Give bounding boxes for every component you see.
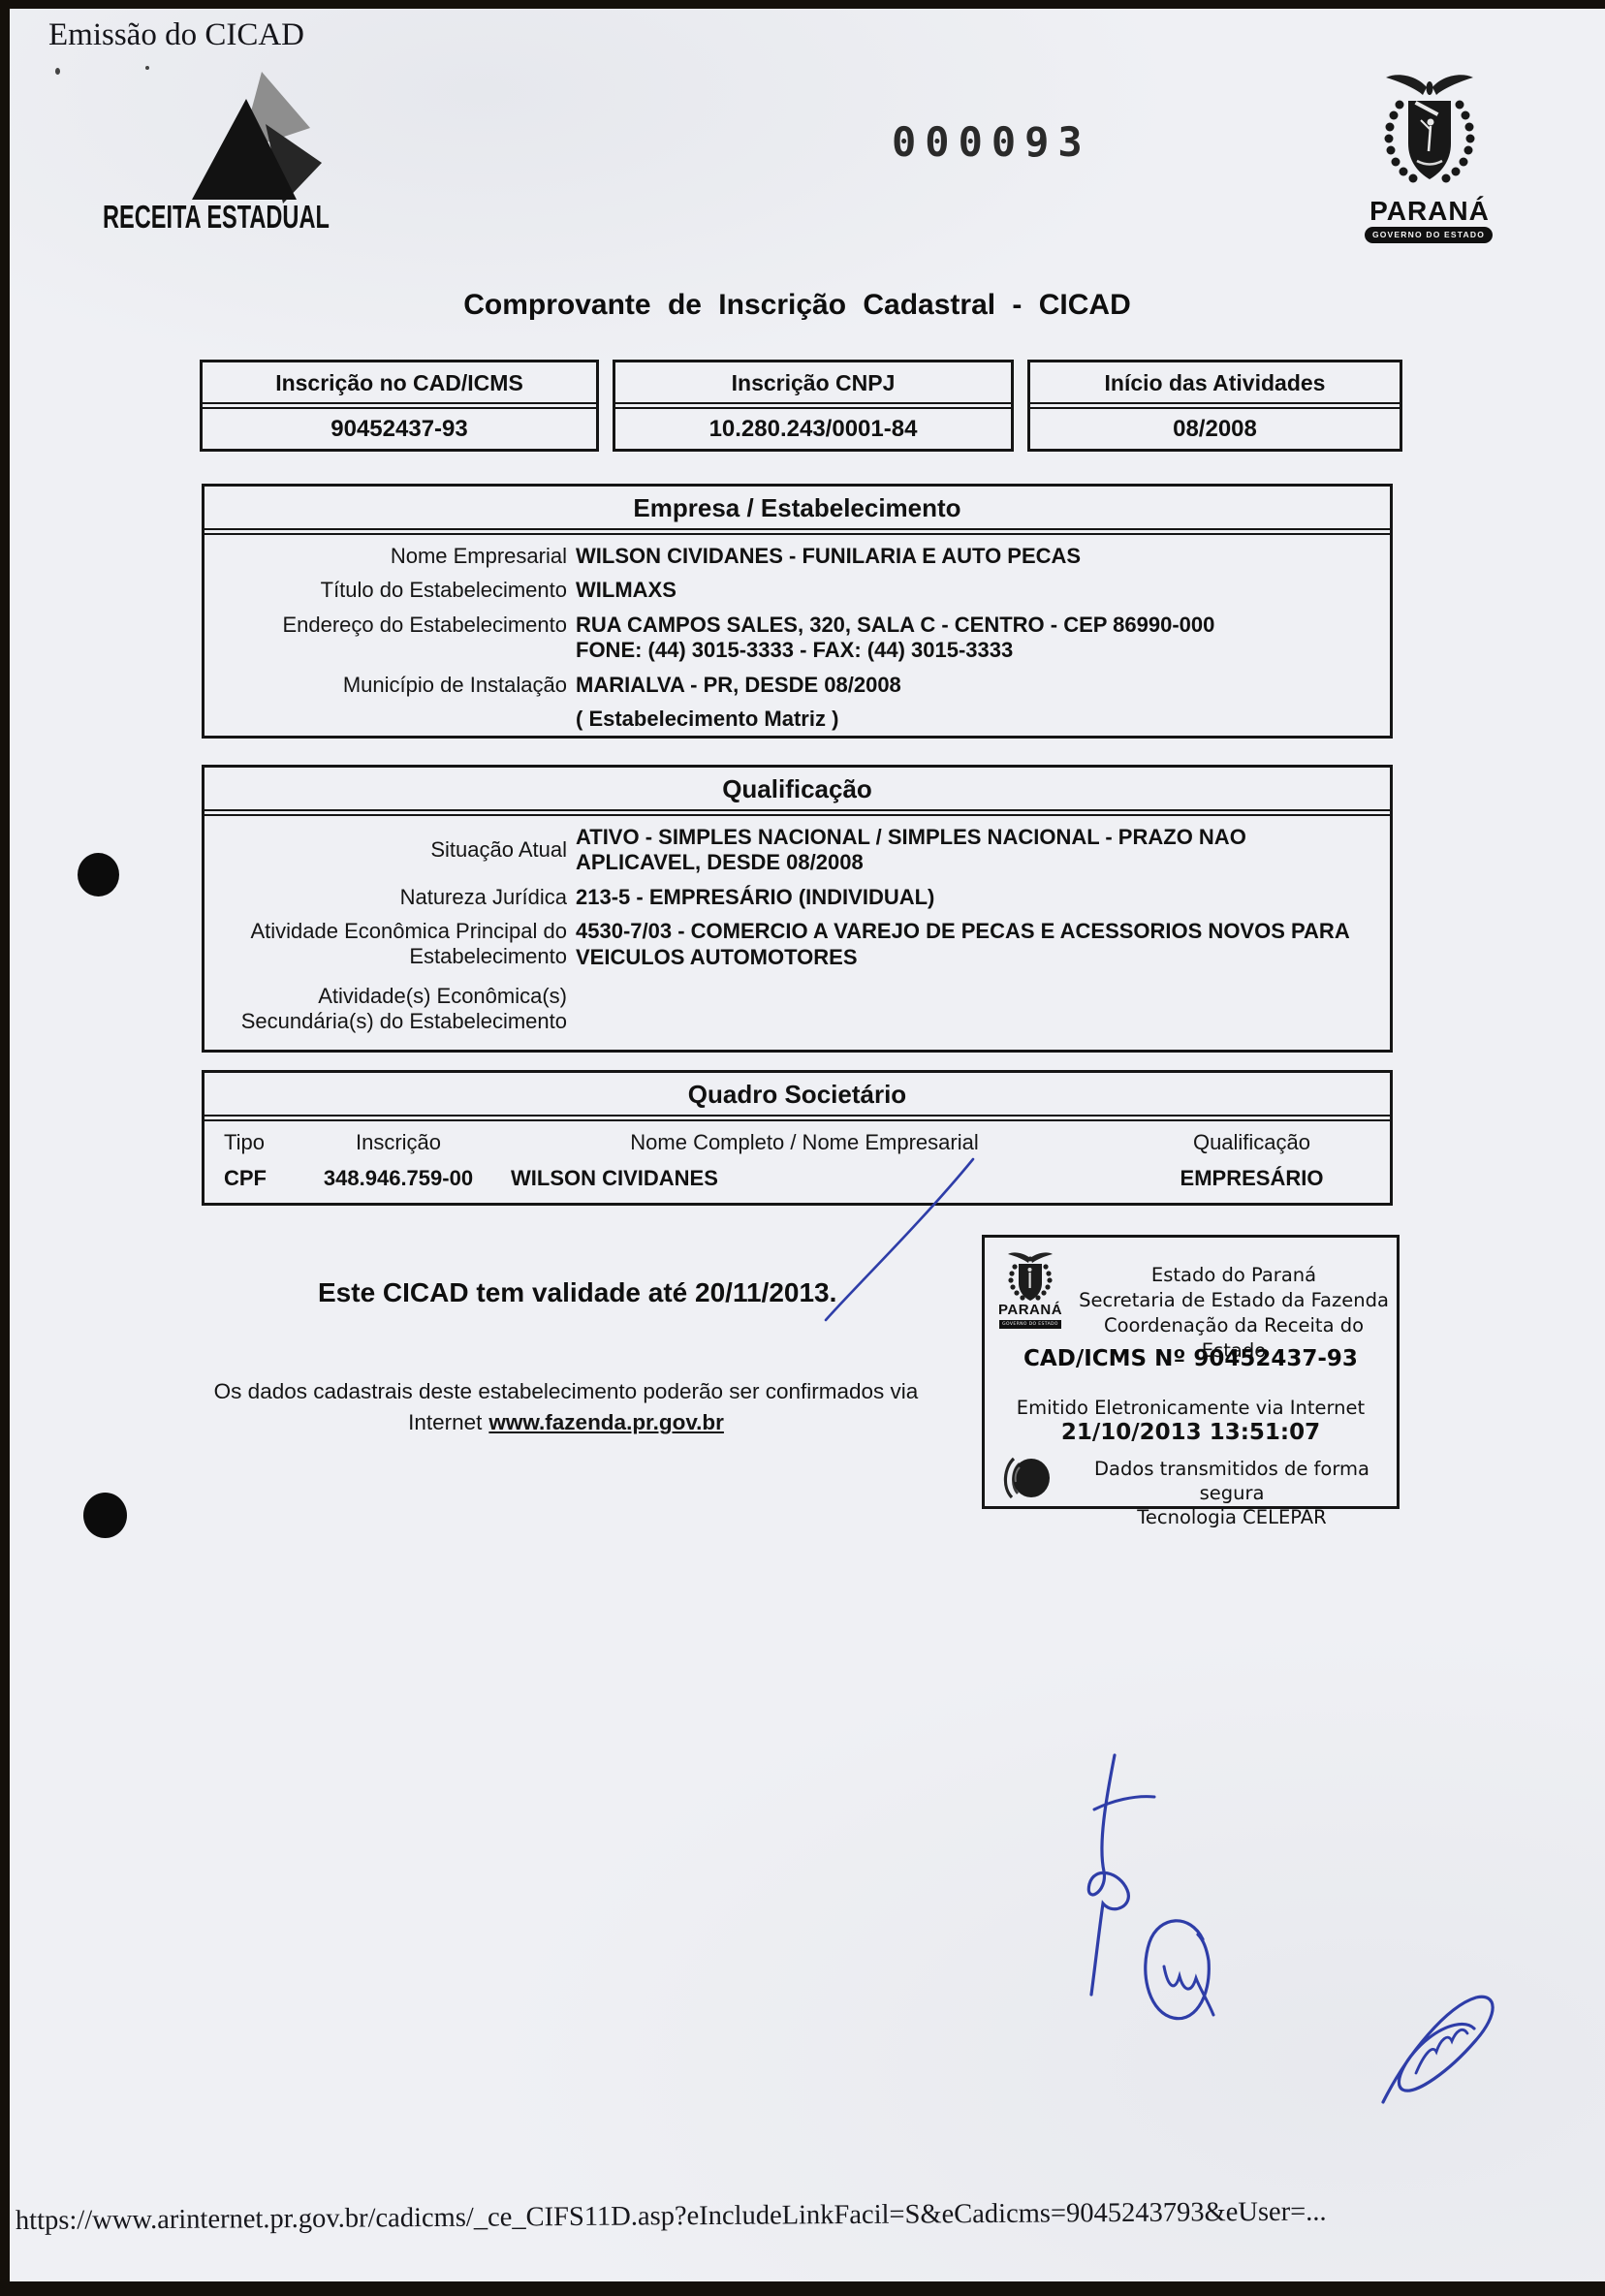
pen-signature-oval	[1146, 1921, 1210, 2019]
scan-speck	[55, 68, 60, 75]
section-title: Qualificação	[205, 768, 1390, 816]
receita-estadual-logo-icon	[186, 68, 341, 208]
pen-signature-scribble	[1383, 1997, 1493, 2102]
field-value: WILSON CIVIDANES - FUNILARIA E AUTO PECA…	[567, 544, 1390, 569]
validity-statement: Este CICAD tem validade até 20/11/2013.	[318, 1277, 836, 1308]
document-stamp-number: 000093	[892, 118, 1091, 166]
column-header-nome: Nome Completo / Nome Empresarial	[495, 1130, 1114, 1155]
secure-transmission-note: Dados transmitidos de forma segura Tecno…	[1074, 1458, 1390, 1529]
parana-small-logo-name: PARANÁ	[985, 1302, 1076, 1318]
cell-tipo: CPF	[205, 1166, 301, 1191]
scanned-document-page: Emissão do CICAD RECEITA ESTADUAL 000093	[0, 0, 1605, 2296]
parana-small-logo-subtitle: GOVERNO DO ESTADO	[999, 1320, 1061, 1329]
field-label: Nome Empresarial	[205, 544, 567, 569]
field-value	[567, 984, 1390, 1034]
field-label: Natureza Jurídica	[205, 885, 567, 910]
field-row: Nome Empresarial WILSON CIVIDANES - FUNI…	[205, 544, 1390, 569]
confirmation-note: Os dados cadastrais deste estabeleciment…	[202, 1376, 930, 1438]
field-value: MARIALVA - PR, DESDE 08/2008	[567, 673, 1390, 698]
scan-speck	[145, 66, 149, 70]
address-line-2: FONE: (44) 3015-3333 - FAX: (44) 3015-33…	[576, 638, 1370, 663]
summary-value: 90452437-93	[203, 409, 596, 449]
parana-coat-of-arms-icon	[1369, 72, 1491, 201]
pen-signature-scribble-inner	[1416, 2029, 1467, 2073]
column-header-qualificacao: Qualificação	[1114, 1130, 1390, 1155]
field-label: Atividade(s) Econômica(s) Secundária(s) …	[205, 984, 567, 1034]
summary-box-cadicms: Inscrição no CAD/ICMS 90452437-93	[200, 360, 599, 452]
field-value: 4530-7/03 - COMERCIO A VAREJO DE PECAS E…	[567, 919, 1390, 970]
field-row: Atividade(s) Econômica(s) Secundária(s) …	[205, 984, 1390, 1034]
field-row: Município de Instalação MARIALVA - PR, D…	[205, 673, 1390, 698]
field-label: Município de Instalação	[205, 673, 567, 698]
field-row: ( Estabelecimento Matriz )	[205, 707, 1390, 732]
emission-stamp-box: PARANÁ GOVERNO DO ESTADO Estado do Paran…	[982, 1235, 1400, 1509]
field-value: RUA CAMPOS SALES, 320, SALA C - CENTRO -…	[567, 613, 1390, 664]
section-quadro-societario: Quadro Societário Tipo Inscrição Nome Co…	[202, 1070, 1393, 1206]
punch-hole	[78, 853, 119, 896]
section-title: Empresa / Estabelecimento	[205, 487, 1390, 535]
field-label: Título do Estabelecimento	[205, 578, 567, 603]
field-row: Endereço do Estabelecimento RUA CAMPOS S…	[205, 613, 1390, 664]
summary-label: Inscrição no CAD/ICMS	[203, 362, 596, 409]
punch-hole	[83, 1493, 127, 1538]
fazenda-url-text: www.fazenda.pr.gov.br	[488, 1410, 724, 1434]
padlock-secure-icon	[1000, 1451, 1053, 1509]
table-row: CPF 348.946.759-00 WILSON CIVIDANES EMPR…	[205, 1166, 1390, 1191]
pen-signature-stroke	[1088, 1755, 1128, 1995]
field-value: WILMAXS	[567, 578, 1390, 603]
scan-edge-top	[0, 0, 1605, 9]
pen-signature-w	[1164, 1966, 1213, 2015]
field-label: Atividade Econômica Principal do Estabel…	[205, 919, 567, 970]
receita-estadual-logo-label: RECEITA ESTADUAL	[103, 199, 330, 236]
summary-label: Inscrição CNPJ	[615, 362, 1011, 409]
summary-label: Início das Atividades	[1030, 362, 1400, 409]
cell-nome: WILSON CIVIDANES	[495, 1166, 1114, 1191]
field-row: Situação Atual ATIVO - SIMPLES NACIONAL …	[205, 825, 1390, 876]
field-value: ( Estabelecimento Matriz )	[567, 707, 1390, 732]
emitted-label: Emitido Eletronicamente via Internet	[985, 1397, 1397, 1419]
secure-line-2: Tecnologia CELEPAR	[1074, 1506, 1390, 1530]
cell-qualificacao: EMPRESÁRIO	[1114, 1166, 1390, 1191]
field-row: Atividade Econômica Principal do Estabel…	[205, 919, 1390, 970]
parana-coat-of-arms-small-icon	[1000, 1251, 1060, 1307]
secure-line-1: Dados transmitidos de forma segura	[1074, 1458, 1390, 1506]
field-label	[205, 707, 567, 732]
parana-logo-subtitle-badge: GOVERNO DO ESTADO	[1365, 227, 1493, 243]
document-title: Comprovante de Inscrição Cadastral - CIC…	[202, 289, 1393, 322]
summary-box-inicio: Início das Atividades 08/2008	[1027, 360, 1402, 452]
scan-edge-bottom	[0, 2281, 1605, 2296]
page-title: Emissão do CICAD	[48, 17, 304, 53]
confirmation-line-2: Internetwww.fazenda.pr.gov.br	[202, 1407, 930, 1438]
section-empresa: Empresa / Estabelecimento Nome Empresari…	[202, 484, 1393, 739]
field-label: Situação Atual	[205, 837, 567, 863]
parana-logo-name: PARANÁ	[1361, 196, 1498, 227]
field-value: 213-5 - EMPRESÁRIO (INDIVIDUAL)	[567, 885, 1390, 910]
source-url: https://www.arinternet.pr.gov.br/cadicms…	[16, 2195, 1597, 2237]
summary-value: 10.280.243/0001-84	[615, 409, 1011, 449]
column-header-inscricao: Inscrição	[301, 1130, 495, 1155]
org-line-1: Estado do Paraná	[1078, 1263, 1390, 1288]
org-line-2: Secretaria de Estado da Fazenda	[1078, 1288, 1390, 1313]
scan-edge-left	[0, 0, 10, 2296]
pen-signature-dash	[1094, 1797, 1154, 1809]
cell-inscricao: 348.946.759-00	[301, 1166, 495, 1191]
column-header-tipo: Tipo	[205, 1130, 301, 1155]
section-qualificacao: Qualificação Situação Atual ATIVO - SIMP…	[202, 765, 1393, 1053]
field-label: Endereço do Estabelecimento	[205, 613, 567, 664]
table-header-row: Tipo Inscrição Nome Completo / Nome Empr…	[205, 1130, 1390, 1155]
field-value: ATIVO - SIMPLES NACIONAL / SIMPLES NACIO…	[567, 825, 1390, 876]
field-row: Título do Estabelecimento WILMAXS	[205, 578, 1390, 603]
summary-value: 08/2008	[1030, 409, 1400, 449]
field-row: Natureza Jurídica 213-5 - EMPRESÁRIO (IN…	[205, 885, 1390, 910]
cadicms-number: CAD/ICMS Nº 90452437-93	[985, 1346, 1397, 1371]
section-title: Quadro Societário	[205, 1073, 1390, 1121]
confirmation-line-2-prefix: Internet	[408, 1410, 482, 1434]
emitted-datetime: 21/10/2013 13:51:07	[985, 1420, 1397, 1445]
summary-box-cnpj: Inscrição CNPJ 10.280.243/0001-84	[613, 360, 1014, 452]
address-line-1: RUA CAMPOS SALES, 320, SALA C - CENTRO -…	[576, 613, 1370, 638]
confirmation-line-1: Os dados cadastrais deste estabeleciment…	[202, 1376, 930, 1407]
